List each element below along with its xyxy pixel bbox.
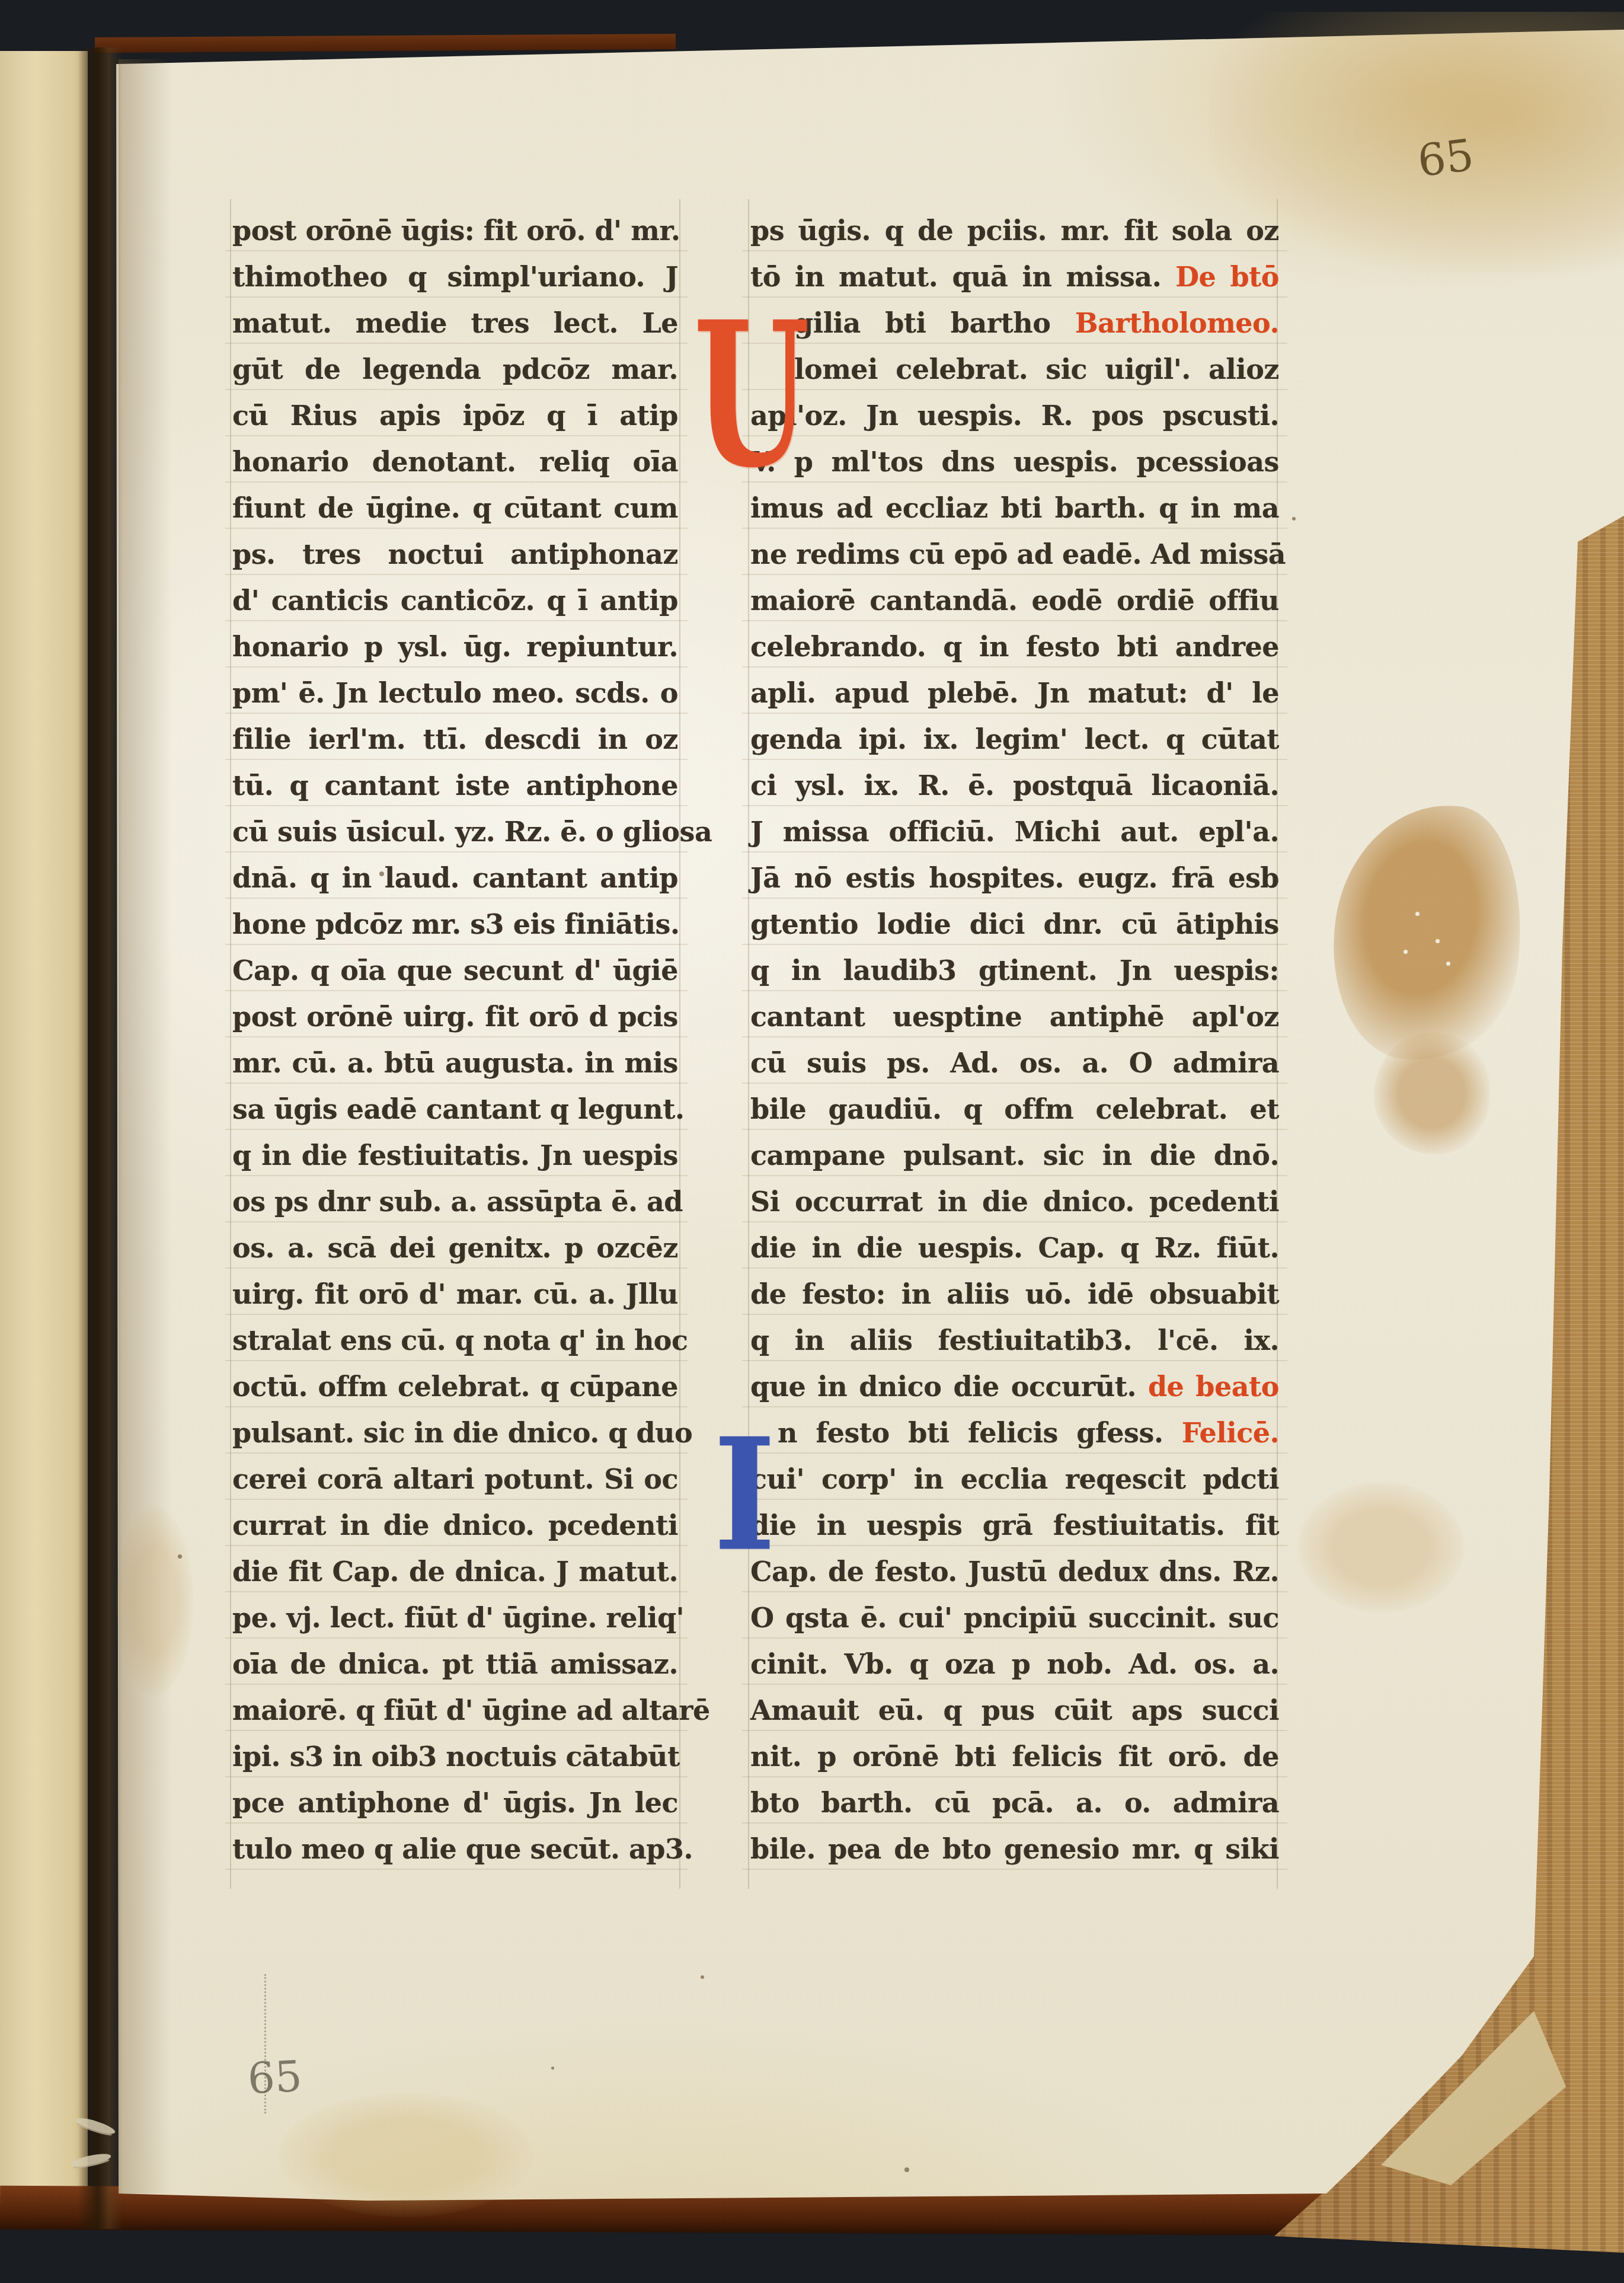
text-line: n festo bti felicis gfess. Felicē. (750, 1410, 1279, 1456)
text-line: dnā. q in laud. cantant antip (232, 855, 678, 901)
text-line: mr. cū. a. btū augusta. in mis (232, 1040, 678, 1086)
speck (701, 1975, 704, 1979)
text-line: O qsta ē. cui' pncipiū succinit. suc (750, 1595, 1279, 1641)
text-line: apl'oz. Jn uespis. R. pos pscusti. (750, 392, 1279, 439)
text-line: cantant uesptine antiphē apl'oz (750, 994, 1279, 1040)
text-line: q in laudib3 gtinent. Jn uespis: (750, 947, 1279, 994)
text-line: apli. apud plebē. Jn matut: d' le (750, 670, 1279, 716)
text-line: bile. pea de bto genesio mr. q siki (750, 1826, 1279, 1872)
text-line: honario denotant. reliq oīa (232, 439, 678, 485)
text-line: cinit. Vb. q oza p nob. Ad. os. a. (750, 1641, 1279, 1687)
speck (904, 2167, 909, 2172)
text-line: imus ad eccliaz bti barth. q in ma (750, 485, 1279, 531)
text-line: pulsant. sic in die dnico. q duo (232, 1410, 678, 1456)
folio-number-ink: 65 (1415, 130, 1476, 187)
text-line: thimotheo q simpl'uriano. J (232, 254, 678, 300)
text-line: sa ūgis eadē cantant q legunt. (232, 1086, 678, 1132)
text-line: hone pdcōz mr. s3 eis finiātis. (232, 901, 678, 947)
text-line: post orōnē ūgis: fit orō. d' mr. (232, 207, 678, 254)
ruling-vertical (679, 199, 680, 1889)
text-line: currat in die dnico. pcedenti (232, 1502, 678, 1548)
text-line: ci ysl. ix. R. ē. postquā licaoniā. (750, 762, 1279, 809)
text-line: cū suis ps. Ad. os. a. O admira (750, 1040, 1279, 1086)
text-line: matut. medie tres lect. Le (232, 300, 678, 346)
text-line: bile gaudiū. q offm celebrat. et (750, 1086, 1279, 1132)
white-fleck (1436, 939, 1440, 943)
text-line: pe. vj. lect. fiūt d' ūgine. reliq' (232, 1595, 678, 1641)
white-fleck (1415, 912, 1420, 916)
text-line: fiunt de ūgine. q cūtant cum (232, 485, 678, 531)
text-line: pm' ē. Jn lectulo meo. scds. o (232, 670, 678, 716)
text-line: filie ierl'm. ttī. descdi in oz (232, 716, 678, 762)
text-line: die in die uespis. Cap. q Rz. fiūt. (750, 1225, 1279, 1271)
text-line: os ps dnr sub. a. assūpta ē. ad (232, 1179, 678, 1225)
text-line: honario p ysl. ūg. repiuntur. (232, 624, 678, 670)
text-line: ps. tres noctui antiphonaz (232, 531, 678, 577)
text-line: maiorē. q fiūt d' ūgine ad altarē (232, 1687, 678, 1733)
text-line: stralat ens cū. q nota q' in hoc (232, 1317, 678, 1364)
speck (178, 1554, 182, 1559)
text-line: ps ūgis. q de pciis. mr. fit sola oz (750, 207, 1279, 254)
text-line: q in die festiuitatis. Jn uespis (232, 1132, 678, 1179)
white-fleck (1404, 950, 1408, 954)
text-line: Amauit eū. q pus cūit aps succi (750, 1687, 1279, 1733)
text-line: J missa officiū. Michi aut. epl'a. (750, 809, 1279, 855)
text-line: maiorē cantandā. eodē ordiē offiu (750, 577, 1279, 624)
text-line: bto barth. cū pcā. a. o. admira (750, 1780, 1279, 1826)
text-line: genda ipi. ix. legim' lect. q cūtat (750, 716, 1279, 762)
right-column: ps ūgis. q de pciis. mr. fit sola oztō i… (750, 207, 1279, 1872)
text-line: die in uespis grā festiuitatis. fit (750, 1502, 1279, 1548)
text-line: octū. offm celebrat. q cūpane (232, 1364, 678, 1410)
manuscript-photo: post orōnē ūgis: fit orō. d' mr.thimothe… (0, 0, 1624, 2283)
text-line: de festo: in aliis uō. idē obsuabit (750, 1271, 1279, 1317)
gutter-shadow (119, 59, 172, 2193)
text-line: tū. q cantant iste antiphone (232, 762, 678, 809)
speck (1292, 517, 1296, 521)
text-line: d' canticis canticōz. q ī antip (232, 577, 678, 624)
text-line: Cap. de festo. Justū dedux dns. Rz. (750, 1548, 1279, 1595)
text-line: Jā nō estis hospites. eugz. frā esb (750, 855, 1279, 901)
text-line: cerei corā altari potunt. Si oc (232, 1456, 678, 1502)
white-fleck (1446, 962, 1450, 966)
blue-initial-i: I (714, 1418, 775, 1572)
text-line: cū Rius apis ipōz q ī atip (232, 392, 678, 439)
top-board-edge (95, 34, 676, 53)
text-line: cū suis ūsicul. yz. Rz. ē. o gliosa (232, 809, 678, 855)
text-line: die fit Cap. de dnica. J matut. (232, 1548, 678, 1595)
text-line: Cap. q oīa que secunt d' ūgiē (232, 947, 678, 994)
text-line: os. a. scā dei genitx. p ozcēz (232, 1225, 678, 1271)
binding-gutter (78, 47, 122, 2229)
facing-page-edge (0, 51, 88, 2221)
text-line: gilia bti bartho Bartholomeo. (750, 300, 1279, 346)
text-line: gtentio lodie dici dnr. cū ātiphis (750, 901, 1279, 947)
text-line: V. p ml'tos dns uespis. pcessioas (750, 439, 1279, 485)
text-line: ipi. s3 in oib3 noctuis cātabūt (232, 1733, 678, 1780)
text-line: campane pulsant. sic in die dnō. (750, 1132, 1279, 1179)
text-line: tulo meo q alie que secūt. ap3. (232, 1826, 678, 1872)
text-line: q in aliis festiuitatib3. l'cē. ix. (750, 1317, 1279, 1364)
text-line: celebrando. q in festo bti andree (750, 624, 1279, 670)
red-initial-v: U (693, 295, 810, 494)
text-line: tō in matut. quā in missa. De btō (750, 254, 1279, 300)
text-line: gūt de legenda pdcōz mar. (232, 346, 678, 392)
text-line: oīa de dnica. pt ttiā amissaz. (232, 1641, 678, 1687)
text-line: que in dnico die occurūt. de beato (750, 1364, 1279, 1410)
folio-number-pencil: 65 (247, 2051, 303, 2104)
text-line: ne redims cū epō ad eadē. Ad missā (750, 531, 1279, 577)
text-line: Si occurrat in die dnico. pcedenti (750, 1179, 1279, 1225)
ruling-vertical (230, 199, 231, 1889)
text-line: nit. p orōnē bti felicis fit orō. de (750, 1733, 1279, 1780)
text-line: post orōnē uirg. fit orō d pcis (232, 994, 678, 1040)
text-line: pce antiphone d' ūgis. Jn lec (232, 1780, 678, 1826)
text-line: cui' corp' in ecclia reqescit pdcti (750, 1456, 1279, 1502)
left-column: post orōnē ūgis: fit orō. d' mr.thimothe… (232, 207, 678, 1872)
text-line: uirg. fit orō d' mar. cū. a. Jllu (232, 1271, 678, 1317)
text-line: lomei celebrat. sic uigil'. alioz (750, 346, 1279, 392)
speck (551, 2067, 554, 2070)
